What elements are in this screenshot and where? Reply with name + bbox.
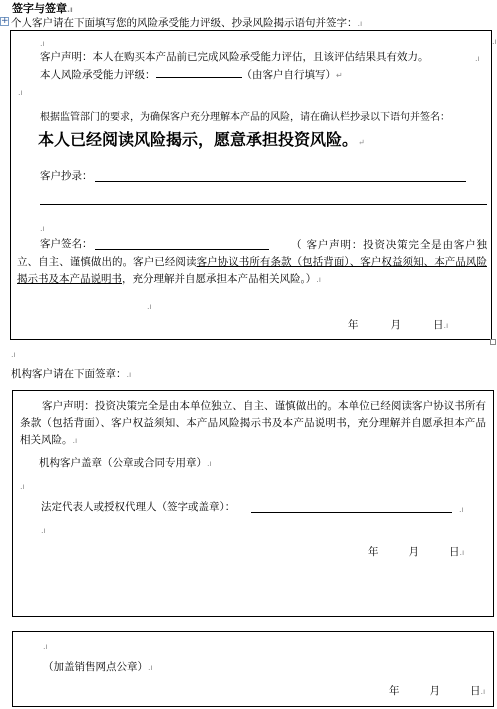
- paragraph-mark: .ı: [20, 480, 25, 494]
- paragraph-mark: .ı: [358, 19, 363, 28]
- date-day: 日: [433, 319, 444, 331]
- paragraph-mark: .ı: [73, 436, 78, 445]
- rep-label: 法定代表人或授权代理人（签字或盖章）：: [41, 501, 235, 513]
- paragraph-mark: .ı: [67, 5, 73, 14]
- date-year: 年: [348, 319, 359, 331]
- paragraph-mark: .ı: [18, 86, 23, 100]
- institution-prompt-text: 机构客户请在下面签章：: [11, 368, 127, 380]
- copy-field-line-2[interactable]: [40, 204, 487, 205]
- individual-statement: （ 客户声明：投资决策完全是由客户独立、自主、谨慎做出的。客户已经阅读客户协议书…: [17, 237, 487, 288]
- copy-label: 客户抄录：: [40, 170, 93, 182]
- rep-signature-field[interactable]: [251, 512, 452, 513]
- regulator-instruction-text: 根据监管部门的要求，为确保客户充分理解本产品的风险，请在确认栏抄录以下语句并签名…: [40, 112, 450, 123]
- copy-field-line-1[interactable]: [95, 181, 466, 182]
- section-title-text: 签字与签章: [12, 2, 67, 15]
- individual-prompt: 个人客户请在下面填写您的风险承受能力评级、抄录风险揭示语句并签字：.ı: [11, 16, 362, 31]
- paragraph-mark: .ı: [492, 35, 497, 49]
- paragraph-mark: .ı: [207, 459, 212, 468]
- date-year: 年: [368, 546, 379, 558]
- outlet-date: 年月日.ı: [389, 684, 485, 699]
- institution-declaration: 客户声明：投资决策完全是由本单位独立、自主、谨慎做出的。本单位已经阅读客户协议书…: [20, 398, 486, 449]
- risk-rating-note: （由客户自行填写）: [242, 69, 337, 81]
- table-move-handle-icon[interactable]: +: [0, 17, 9, 26]
- individual-declaration: 客户声明：本人在购买本产品前已完成风险承受能力评估，且该评估结果具有效力。: [40, 50, 429, 64]
- risk-rating-row: 本人风险承受能力评级：（由客户自行填写）↵: [40, 66, 343, 83]
- paragraph-mark: .ı: [459, 503, 464, 517]
- statement-part2: ，充分理解并自愿承担本产品相关风险。）: [122, 273, 316, 285]
- regulator-instruction: 根据监管部门的要求，为确保客户充分理解本产品的风险，请在确认栏抄录以下语句并签名…: [40, 111, 450, 125]
- risk-rating-field[interactable]: [156, 66, 242, 78]
- date-month: 月: [409, 546, 420, 558]
- risk-statement-text: 本人已经阅读风险揭示，愿意承担投资风险。: [38, 130, 358, 149]
- return-mark: ↵: [358, 138, 365, 147]
- date-year: 年: [389, 685, 400, 697]
- individual-date: 年月日.ı: [348, 318, 448, 333]
- paragraph-mark: .ı: [460, 548, 465, 557]
- paragraph-mark: .ı: [148, 663, 153, 672]
- institution-prompt: 机构客户请在下面签章：.ı: [11, 367, 131, 382]
- paragraph-mark: .ı: [11, 348, 16, 362]
- declaration-text: 客户声明：本人在购买本产品前已完成风险承受能力评估，且该评估结果具有效力。: [40, 51, 429, 63]
- institution-date: 年月日.ı: [368, 545, 464, 560]
- individual-prompt-text: 个人客户请在下面填写您的风险承受能力评级、抄录风险揭示语句并签字：: [11, 17, 358, 29]
- outlet-seal: （加盖销售网点公章）.ı: [43, 660, 153, 675]
- paragraph-mark: .ı: [40, 222, 45, 236]
- date-month: 月: [430, 685, 441, 697]
- paragraph-mark: .ı: [127, 370, 132, 379]
- date-month: 月: [391, 319, 402, 331]
- copy-row: 客户抄录：: [40, 169, 93, 183]
- paragraph-mark: .ı: [40, 37, 45, 51]
- date-day: 日: [449, 546, 460, 558]
- institution-seal: 机构客户盖章（公章或合同专用章）.ı: [39, 456, 212, 471]
- paragraph-mark: .ı: [41, 524, 46, 538]
- paragraph-mark: .ı: [475, 52, 480, 66]
- paragraph-mark: .ı: [481, 687, 486, 696]
- risk-rating-label: 本人风险承受能力评级：: [40, 69, 156, 81]
- date-day: 日: [470, 685, 481, 697]
- institution-seal-label: 机构客户盖章（公章或合同专用章）: [39, 457, 207, 469]
- rep-row: 法定代表人或授权代理人（签字或盖章）：: [41, 500, 235, 514]
- paragraph-mark: .ı: [444, 321, 449, 330]
- paragraph-mark: .ı: [147, 300, 152, 314]
- table-resize-handle-icon[interactable]: [490, 339, 496, 345]
- paragraph-mark: .ı: [316, 275, 321, 284]
- section-title: 签字与签章.ı: [12, 2, 73, 17]
- risk-statement: 本人已经阅读风险揭示，愿意承担投资风险。↵: [38, 133, 365, 150]
- institution-declaration-text: 客户声明：投资决策完全是由本单位独立、自主、谨慎做出的。本单位已经阅读客户协议书…: [20, 400, 486, 446]
- paragraph-mark: .ı: [43, 640, 48, 654]
- outlet-seal-label: （加盖销售网点公章）: [43, 661, 148, 673]
- return-mark: ↵: [336, 71, 343, 80]
